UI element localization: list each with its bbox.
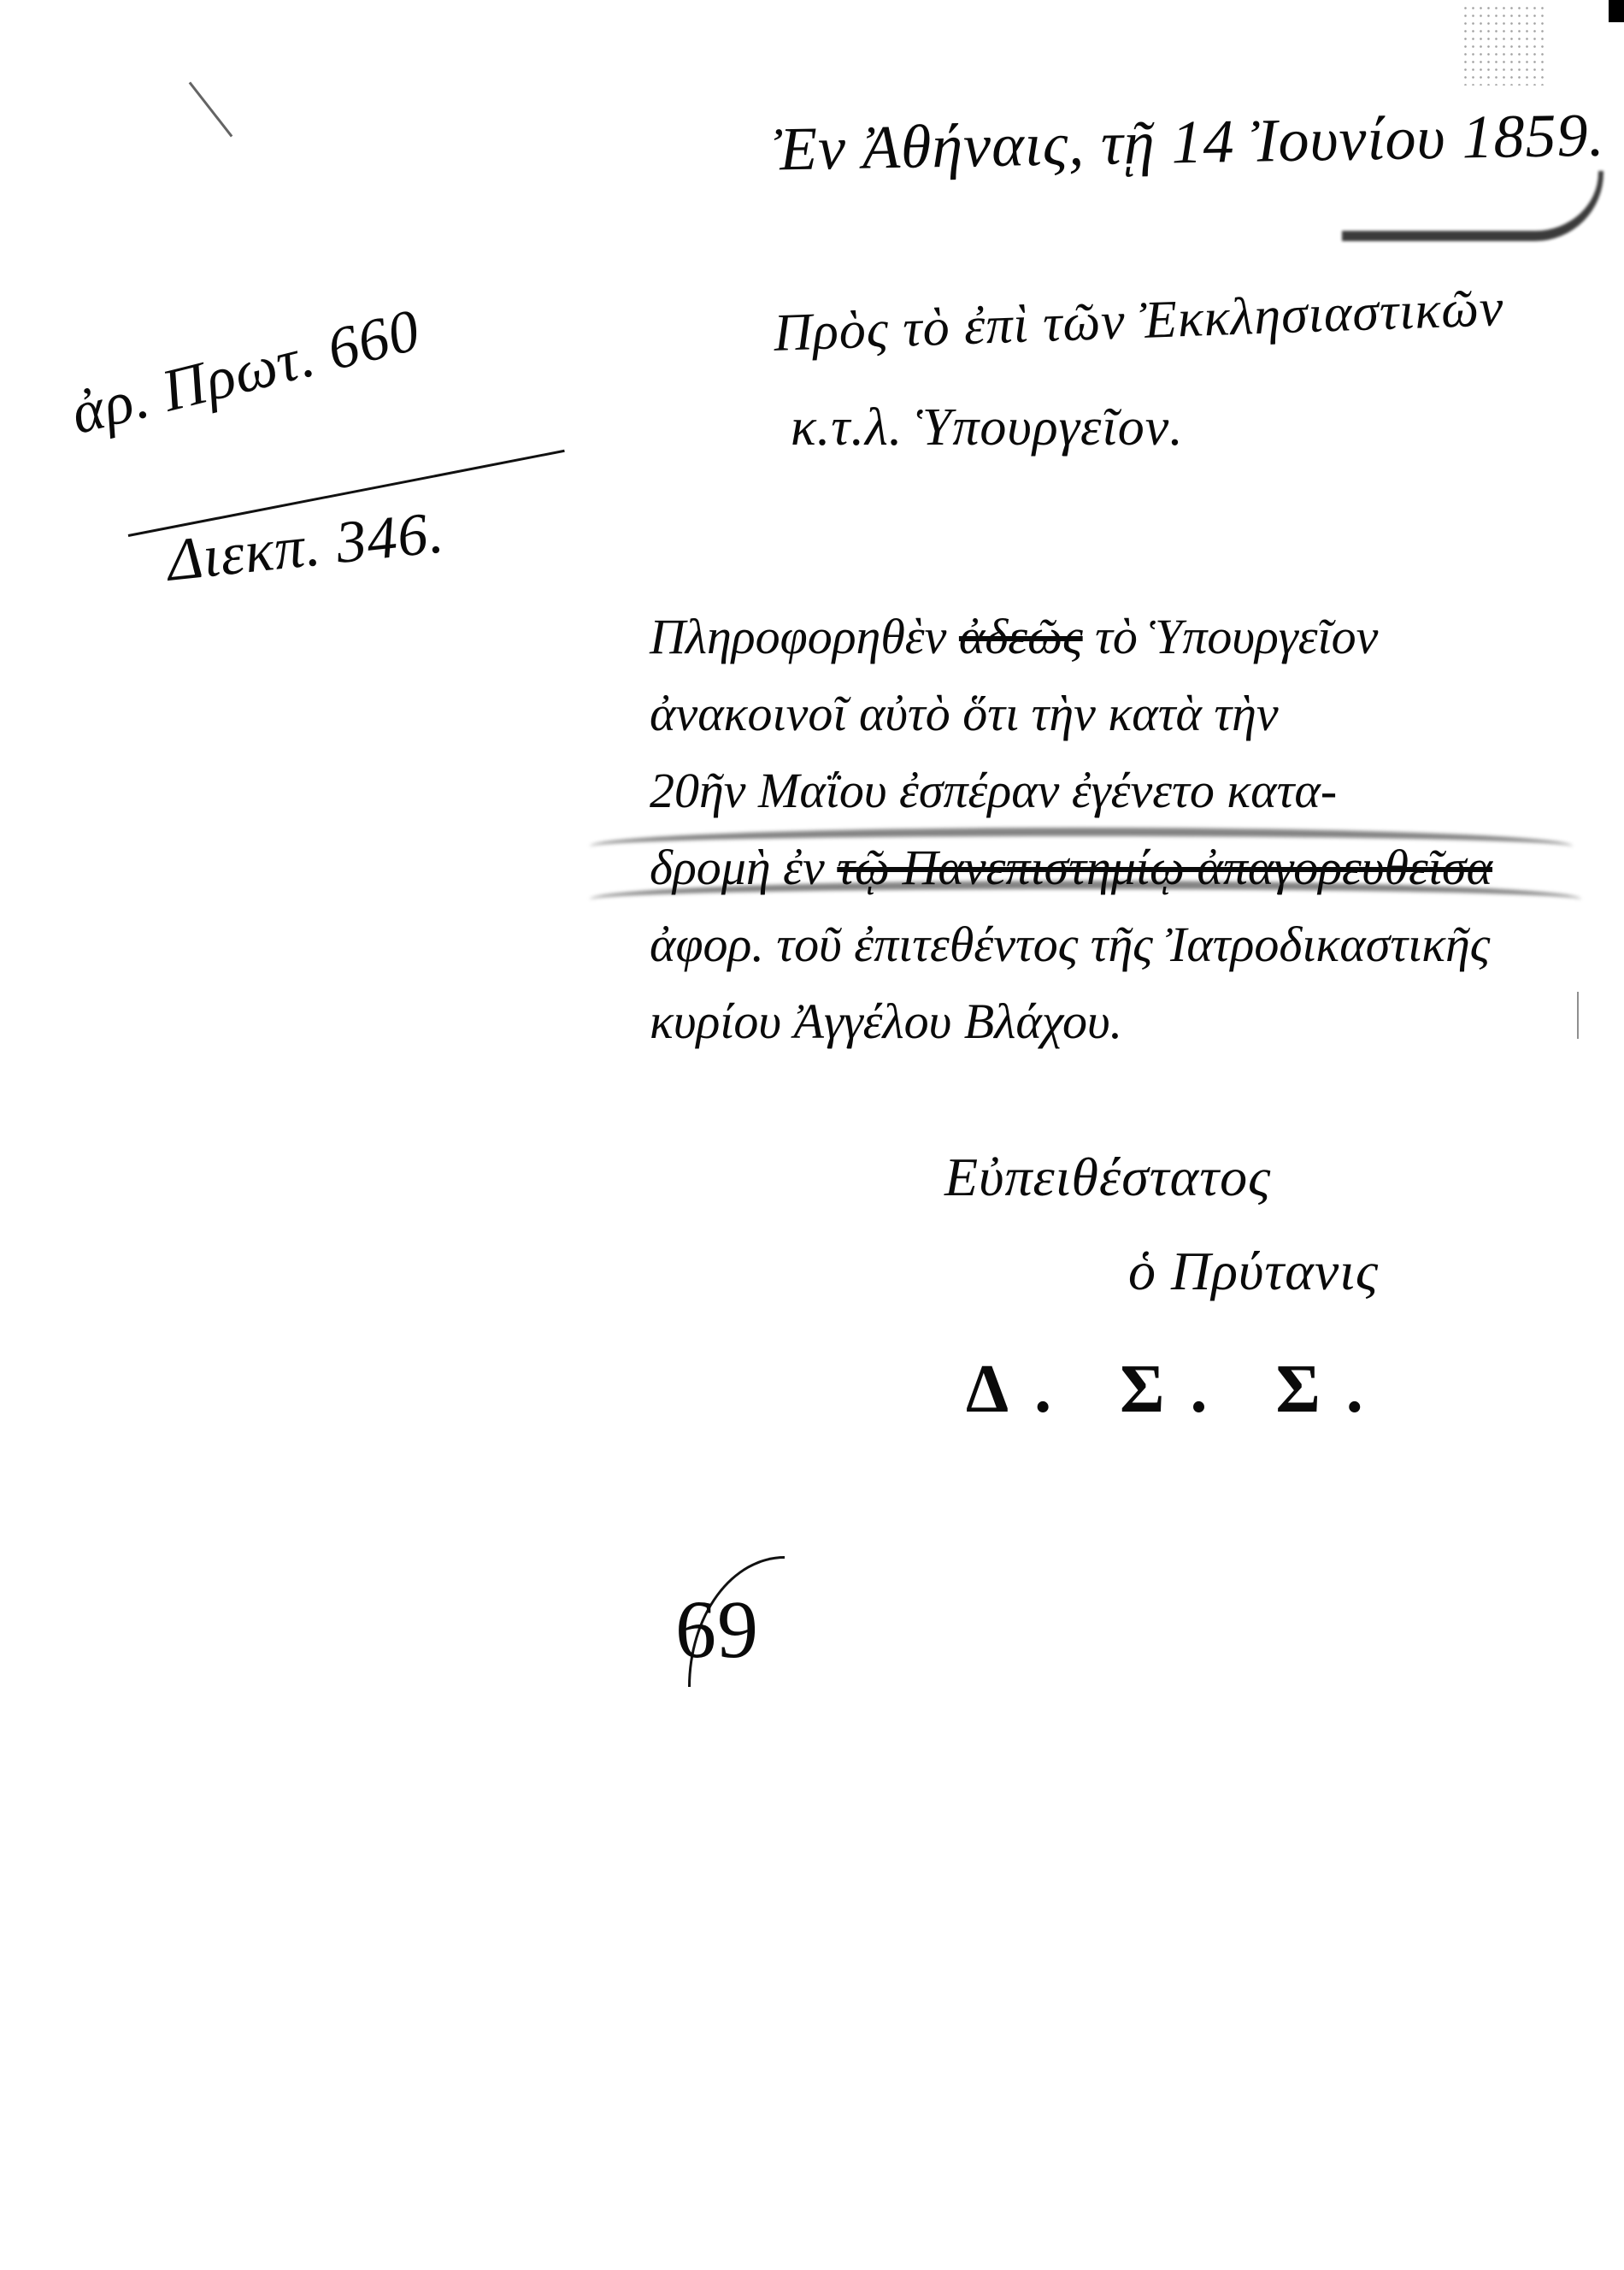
addressee-line-2: κ.τ.λ. Ὑπουργεῖον. (791, 398, 1184, 458)
protocol-number: ἀρ. Πρωτ. 660 (65, 296, 427, 449)
body-line: Πληροφορηθὲν ἀδεῶς τὸ Ὑπουργεῖον (650, 598, 1607, 675)
signatory-title: ὁ Πρύτανις (1128, 1240, 1379, 1303)
body-text: ἀνακοινοῖ αὐτὸ ὅτι (650, 686, 1019, 741)
body-text: Πληροφορηθὲν (650, 609, 959, 664)
addressee-line-1: Πρὸς τὸ ἐπὶ τῶν Ἐκκλησιαστικῶν (773, 278, 1504, 364)
body-line: ἀφορ. τοῦ ἐπιτεθέντος τῆς Ἰατροδικαστικῆ… (650, 906, 1607, 983)
body-text: κυρίου Ἀγγέλου Βλάχου. (650, 993, 1122, 1049)
date-underline-flourish (1342, 171, 1603, 241)
folio-number: 69 (675, 1582, 759, 1677)
letter-body: Πληροφορηθὲν ἀδεῶς τὸ Ὑπουργεῖον ἀνακοιν… (650, 598, 1607, 1060)
body-text: τὴν κατὰ τὴν (1019, 686, 1279, 741)
body-line: ἀνακοινοῖ αὐτὸ ὅτι τὴν κατὰ τὴν (650, 675, 1607, 752)
body-text: δρομὴ ἐν (650, 840, 837, 895)
body-line: 20ῆν Μαΐου ἐσπέραν ἐγένετο κατα- (650, 752, 1607, 829)
ink-speckle (1462, 4, 1547, 85)
scan-edge-bar (1609, 0, 1624, 22)
margin-tick-mark (1577, 992, 1579, 1039)
body-text: τὸ Ὑπουργεῖον (1083, 609, 1379, 664)
body-text: 20ῆν Μαΐου ἐσπέραν ἐγένετο κατα- (650, 763, 1337, 818)
signature-initials: Δ. Σ. Σ. (966, 1351, 1389, 1429)
closing-salutation: Εὐπειθέστατος (944, 1146, 1271, 1209)
dispatch-number: Διεκπ. 346. (164, 498, 448, 596)
stray-pen-stroke (189, 82, 233, 138)
body-line: δρομὴ ἐν τῷ Πανεπιστημίῳ ἀπαγορευθεῖσα (650, 829, 1607, 906)
struck-text: τῷ Πανεπιστημίῳ ἀπαγορευθεῖσα (837, 840, 1492, 895)
body-text: ἀφορ. τοῦ ἐπιτεθέντος τῆς Ἰατροδικαστικῆ… (650, 917, 1490, 972)
body-line: κυρίου Ἀγγέλου Βλάχου. (650, 983, 1607, 1060)
struck-text: ἀδεῶς (959, 609, 1083, 664)
